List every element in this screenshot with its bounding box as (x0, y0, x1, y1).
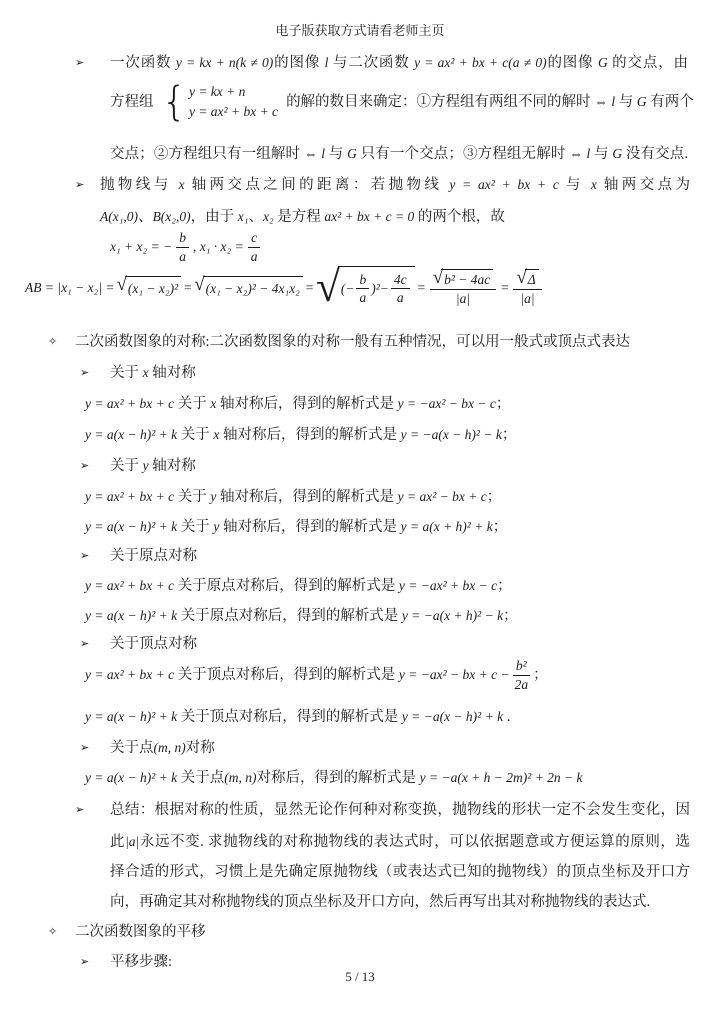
sqrt-radical: √ b² − 4ac (433, 269, 494, 288)
sqrt-radical: √ Δ (516, 269, 538, 288)
y-axis-formula-general: y = ax² + bx + c 关于 y 轴对称后，得到的解析式是 y = a… (85, 486, 501, 508)
denominator: |a| (517, 290, 537, 307)
intersection-paragraph-line1: ➢ 一次函数 y = kx + n(k ≠ 0)的图像 l 与二次函数 y = … (75, 52, 688, 74)
point-formula: y = a(x − h)² + k 关于点(m, n)对称后，得到的解析式是 y… (85, 767, 583, 789)
numerator: √ b² − 4ac (430, 269, 497, 290)
subsection-title-text: 关于 y 轴对称 (110, 455, 196, 477)
arrow-bullet-icon: ➢ (80, 545, 110, 567)
vieta-formula: x₁ + x₂ = − b a , x₁ · x₂ = c a (110, 230, 262, 264)
sqrt-radical: √ (− b a )² − 4c a (316, 266, 415, 310)
distance-paragraph-line1: ➢ 抛物线与 x 轴两交点之间的距离：若抛物线 y = ax² + bx + c… (75, 174, 690, 196)
vertex-formula-vertex: y = a(x − h)² + k 关于顶点对称后，得到的解析式是 y = −a… (85, 706, 510, 728)
fraction: b² 2a (512, 658, 532, 692)
x-axis-symmetry-title: ➢ 关于 x 轴对称 (80, 362, 196, 384)
radicand: b² − 4ac (444, 272, 490, 288)
x-axis-formula-vertex: y = a(x − h)² + k 关于 x 轴对称后，得到的解析式是 y = … (85, 424, 516, 446)
arrow-bullet-icon: ➢ (80, 362, 110, 384)
radicand: Δ (528, 272, 536, 288)
equals-sign: = (417, 277, 426, 299)
sqrt-radical: √ (x₁ − x₂)² (117, 276, 182, 300)
summary-paragraph-line4: 向，再确定其对称抛物线的顶点坐标及开口方向，然后再写出其对称抛物线的表达式. (110, 891, 690, 913)
shift-section-heading: ✧ 二次函数图象的平移 (48, 921, 206, 943)
subsection-title-text: 关于点(m, n)对称 (110, 737, 215, 759)
y-axis-symmetry-title: ➢ 关于 y 轴对称 (80, 455, 196, 477)
line-text: 的解的数目来确定：①方程组有两组不同的解时 ⇔ l 与 G 有两个 (286, 91, 694, 113)
origin-formula-general: y = ax² + bx + c 关于原点对称后，得到的解析式是 y = −ax… (85, 575, 512, 597)
equation-system: { y = kx + n y = ax² + bx + c (162, 82, 279, 122)
line-text: 抛物线与 x 轴两交点之间的距离：若抛物线 y = ax² + bx + c 与… (100, 174, 690, 196)
symmetry-section-heading: ✧ 二次函数图象的对称:二次函数图象的对称一般有五种情况，可以用一般式或顶点式表… (48, 331, 630, 353)
arrow-bullet-icon: ➢ (80, 455, 110, 477)
line-text: 总结：根据对称的性质，显然无论作何种对称变换，抛物线的形状一定不会发生变化，因 (110, 799, 690, 821)
denominator: a (394, 289, 407, 306)
formula-text: )² (371, 278, 380, 300)
radicand: (x₁ − x₂)² − 4x₁x₂ (206, 278, 300, 300)
formula-text: (− (341, 278, 355, 300)
summary-paragraph-line3: 择合适的形式，习惯上是先确定原抛物线（或表达式已知的抛物线）的顶点坐标及开口方 (110, 861, 690, 883)
x-axis-formula-general: y = ax² + bx + c 关于 x 轴对称后，得到的解析式是 y = −… (85, 393, 510, 415)
formula-text: AB = |x₁ − x₂| = (25, 277, 115, 299)
formula-text: , x₁ · x₂ = (193, 236, 244, 258)
fraction: c a (248, 230, 261, 264)
origin-formula-vertex: y = a(x − h)² + k 关于原点对称后，得到的解析式是 y = −a… (85, 605, 518, 627)
diamond-bullet-icon: ✧ (48, 331, 75, 353)
fraction: b a (176, 230, 189, 264)
line-text: 一次函数 y = kx + n(k ≠ 0)的图像 l 与二次函数 y = ax… (110, 52, 688, 74)
minus-sign: − (380, 278, 389, 300)
arrow-bullet-icon: ➢ (75, 174, 100, 196)
denominator: a (248, 248, 261, 265)
radicand: (− b a )² − 4c a (338, 266, 415, 310)
vertex-symmetry-title: ➢ 关于顶点对称 (80, 633, 197, 655)
document-page: 电子版获取方式请看老师主页 ➢ 一次函数 y = kx + n(k ≠ 0)的图… (0, 0, 720, 1018)
fraction: b a (356, 272, 369, 306)
distance-paragraph-line2: A(x₁,0)、B(x₂,0)，由于 x₁、x₂ 是方程 ax² + bx + … (100, 206, 505, 228)
summary-paragraph-line2: 此|a|永远不变. 求抛物线的对称抛物线的表达式时，可以依据题意或方便运算的原则… (110, 831, 690, 853)
formula-text: x₁ + x₂ = − (110, 236, 172, 258)
footer-page-number: 5 / 13 (0, 966, 720, 988)
line-text: ； (533, 664, 548, 686)
fraction: √ b² − 4ac |a| (430, 269, 497, 306)
equals-sign: = (305, 277, 314, 299)
equals-sign: = (183, 277, 192, 299)
arrow-bullet-icon: ➢ (75, 52, 110, 74)
origin-symmetry-title: ➢ 关于原点对称 (80, 545, 197, 567)
section-heading-text: 二次函数图象的对称:二次函数图象的对称一般有五种情况，可以用一般式或顶点式表达 (75, 331, 630, 353)
brace-icon: { (162, 82, 187, 122)
subsection-title-text: 关于顶点对称 (110, 633, 197, 655)
header-note: 电子版获取方式请看老师主页 (0, 20, 720, 42)
subsection-title-text: 关于 x 轴对称 (110, 362, 196, 384)
arrow-bullet-icon: ➢ (80, 633, 110, 655)
numerator: c (248, 230, 260, 248)
arrow-bullet-icon: ➢ (75, 799, 110, 821)
numerator: b (356, 272, 369, 290)
denominator: a (356, 289, 369, 306)
radicand: (x₁ − x₂)² (128, 278, 178, 300)
sqrt-radical: √ (x₁ − x₂)² − 4x₁x₂ (194, 276, 303, 300)
intersection-paragraph-line3: 交点；②方程组只有一组解时 ⇔ l 与 G 只有一个交点；③方程组无解时 ⇔ l… (110, 143, 688, 165)
system-equation-2: y = ax² + bx + c (189, 104, 278, 120)
line-text: 方程组 (110, 91, 154, 113)
numerator: 4c (391, 272, 410, 290)
y-axis-formula-vertex: y = a(x − h)² + k 关于 y 轴对称后，得到的解析式是 y = … (85, 516, 507, 538)
fraction: 4c a (391, 272, 410, 306)
equals-sign: = (500, 277, 509, 299)
numerator: b² (513, 658, 530, 676)
subsection-title-text: 关于原点对称 (110, 545, 197, 567)
system-equation-1: y = kx + n (189, 84, 278, 100)
point-symmetry-title: ➢ 关于点(m, n)对称 (80, 737, 215, 759)
vertex-formula-general: y = ax² + bx + c 关于顶点对称后，得到的解析式是 y = −ax… (85, 658, 548, 692)
ab-distance-formula: AB = |x₁ − x₂| = √ (x₁ − x₂)² = √ (x₁ − … (25, 266, 544, 310)
sqrt-sign-icon: √ (316, 266, 340, 310)
arrow-bullet-icon: ➢ (80, 737, 110, 759)
denominator: |a| (453, 290, 473, 307)
summary-paragraph-line1: ➢ 总结：根据对称的性质，显然无论作何种对称变换，抛物线的形状一定不会发生变化，… (75, 799, 690, 821)
system-equations: y = kx + n y = ax² + bx + c (189, 84, 278, 120)
denominator: a (176, 248, 189, 265)
diamond-bullet-icon: ✧ (48, 921, 75, 943)
numerator: b (176, 230, 189, 248)
section-heading-text: 二次函数图象的平移 (75, 921, 206, 943)
numerator: √ Δ (513, 269, 541, 290)
line-text: y = ax² + bx + c 关于顶点对称后，得到的解析式是 y = −ax… (85, 664, 510, 686)
intersection-system-line: 方程组 { y = kx + n y = ax² + bx + c 的解的数目来… (110, 82, 694, 122)
denominator: 2a (512, 676, 532, 693)
fraction: √ Δ |a| (513, 269, 541, 306)
